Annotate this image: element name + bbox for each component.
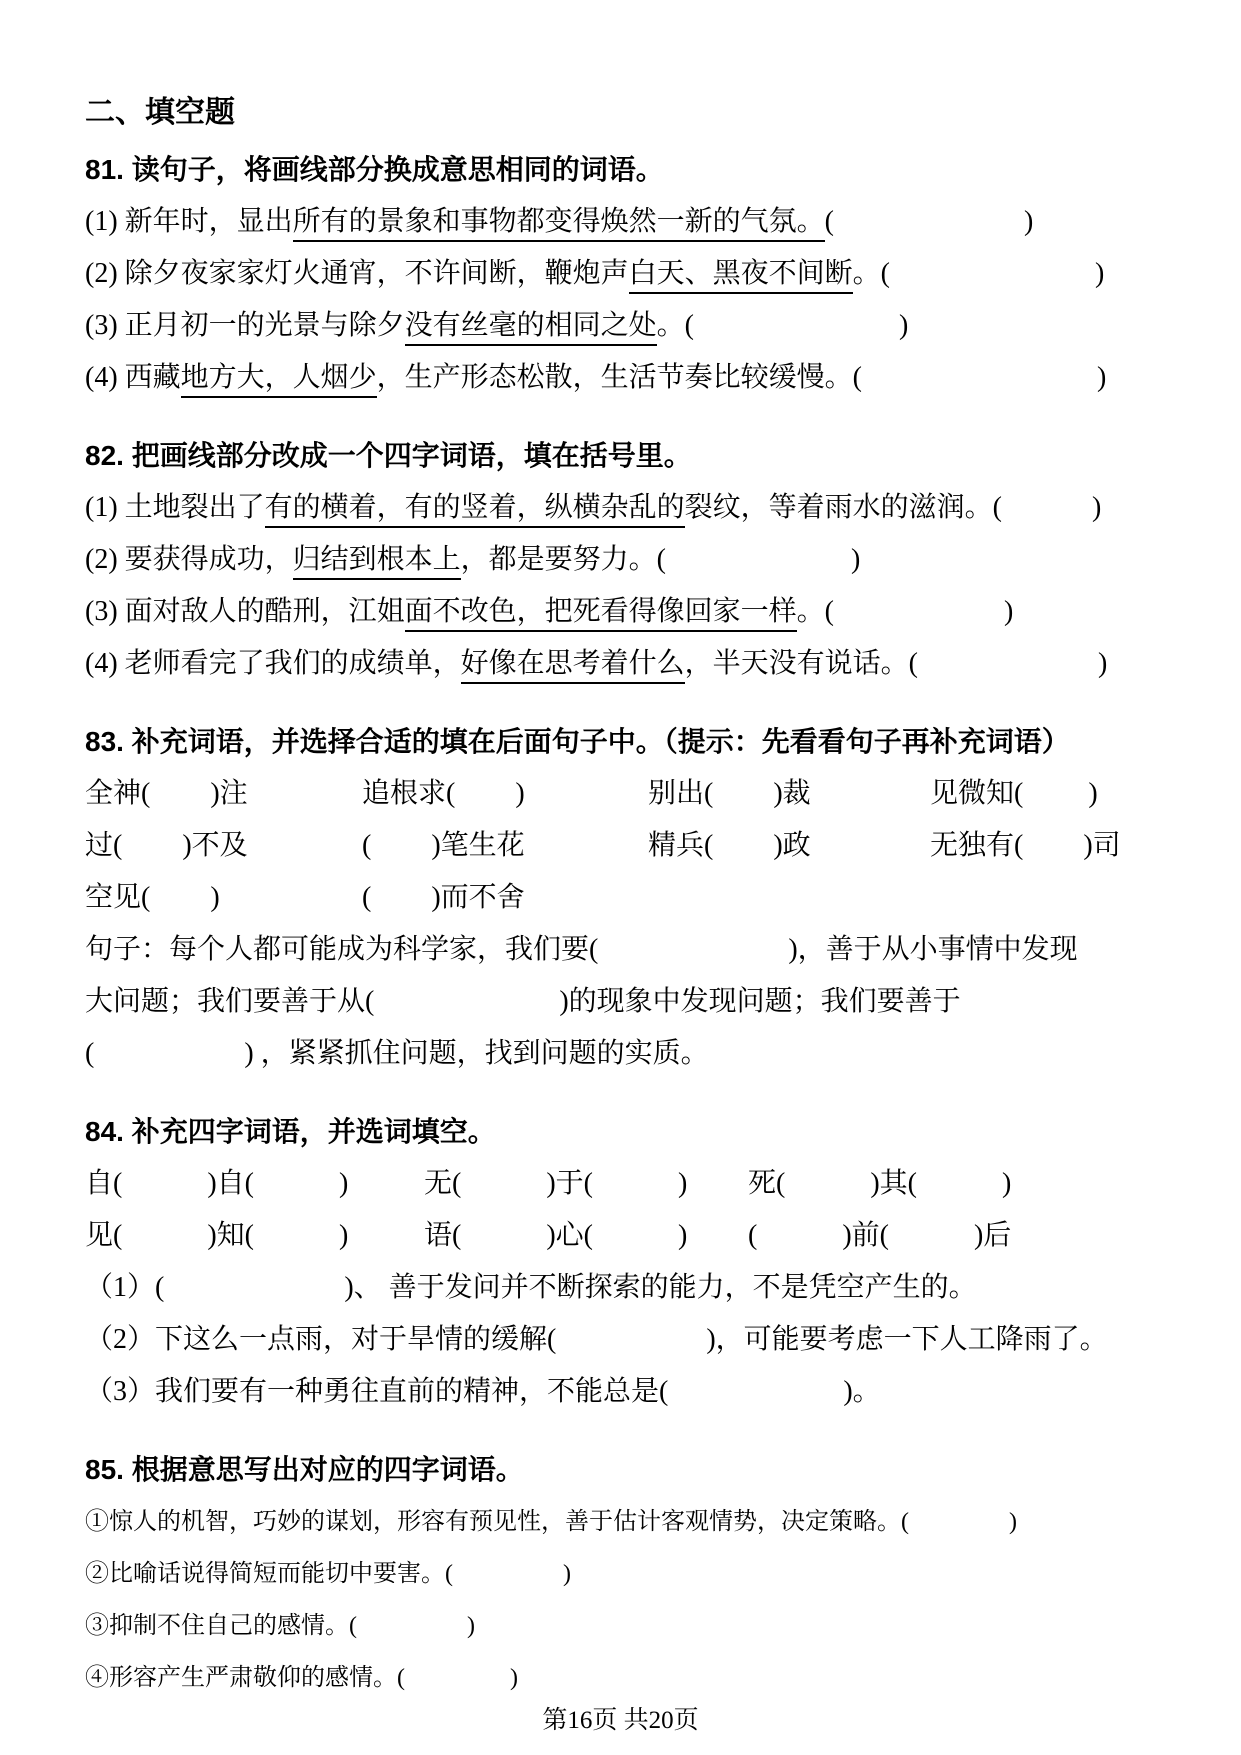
text-segment: 全神(: [85, 778, 150, 809]
text-segment: (: [825, 206, 834, 237]
text-segment: ④形容产生严肃敬仰的感情。(: [85, 1665, 405, 1691]
text-segment: 语(: [424, 1220, 461, 1251]
word-column: ()前()后: [748, 1210, 1011, 1262]
question-line: 过()不及()笔生花精兵()政无独有()司: [85, 820, 1165, 872]
section-title: 二、填空题: [85, 86, 1165, 140]
question-line: （2）下这么一点雨，对于旱情的缓解()，可能要考虑一下人工降雨了。: [85, 1314, 1165, 1366]
text-segment: )其(: [870, 1168, 917, 1199]
question-line: 全神()注追根求()别出()裁见微知(): [85, 768, 1165, 820]
text-segment: )，可能要考虑一下人工降雨了。: [706, 1324, 1107, 1355]
text-segment: )自(: [207, 1168, 254, 1199]
question-line: 句子：每个人都可能成为科学家，我们要()，善于从小事情中发现: [85, 924, 1165, 976]
question-line: （3）我们要有一种勇往直前的精神，不能总是()。: [85, 1366, 1165, 1418]
text-segment: ): [1009, 1509, 1017, 1535]
answer-blank: [694, 332, 899, 334]
answer-blank: [834, 228, 1024, 230]
underlined-text: 白天、黑夜不间断: [629, 258, 853, 294]
answer-blank: [122, 852, 182, 854]
answer-blank: [150, 800, 210, 802]
word-column: 无()于(): [424, 1158, 687, 1210]
answer-blank: [556, 1346, 706, 1348]
text-segment: (2) 要获得成功，: [85, 544, 293, 575]
question-line: (4) 西藏地方大，人烟少，生产形态松散，生活节奏比较缓慢。(): [85, 352, 1165, 404]
text-segment: 过(: [85, 830, 122, 861]
answer-blank: [918, 670, 1098, 672]
answer-blank: [461, 1190, 546, 1192]
text-segment: )不及: [182, 830, 247, 861]
word-column: 别出()裁: [648, 768, 811, 820]
answer-blank: [834, 618, 1004, 620]
text-segment: ): [1024, 206, 1033, 237]
answer-blank: [371, 904, 431, 906]
text-segment: ③抑制不住自己的感情。(: [85, 1613, 357, 1639]
text-segment: 精兵(: [648, 830, 713, 861]
text-segment: ①惊人的机智，巧妙的谋划，形容有预见性，善于估计客观情势，决定策略。(: [85, 1509, 909, 1535]
question-line: 空见()()而不舍: [85, 872, 1165, 924]
underlined-text: 所有的景象和事物都变得焕然一新的气氛。: [293, 206, 825, 242]
text-segment: 裂纹，等着雨水的滋润。(: [685, 492, 1002, 523]
answer-blank: [371, 852, 431, 854]
text-segment: )的现象中发现问题；我们要善于: [559, 986, 960, 1017]
text-segment: )笔生花: [431, 830, 524, 861]
text-segment: (: [362, 830, 371, 861]
answer-blank: [598, 956, 788, 958]
text-segment: )裁: [773, 778, 810, 809]
question-line: 自()自()无()于()死()其(): [85, 1158, 1165, 1210]
text-segment: 句子：每个人都可能成为科学家，我们要(: [85, 934, 598, 965]
page-footer: 第16页 共20页: [0, 1700, 1241, 1736]
text-segment: 无(: [424, 1168, 461, 1199]
answer-blank: [254, 1242, 339, 1244]
question-block: 81. 读句子，将画线部分换成意思相同的词语。(1) 新年时，显出所有的景象和事…: [85, 144, 1165, 404]
answer-blank: [455, 800, 515, 802]
answer-blank: [668, 1398, 843, 1400]
underlined-text: 地方大，人烟少: [181, 362, 377, 398]
text-segment: 空见(: [85, 882, 150, 913]
word-column: 过()不及: [85, 820, 248, 872]
text-segment: (1) 土地裂出了: [85, 492, 265, 523]
text-segment: 自(: [85, 1168, 122, 1199]
answer-blank: [713, 852, 773, 854]
question-line: (1) 新年时，显出所有的景象和事物都变得焕然一新的气氛。(): [85, 196, 1165, 248]
answer-blank: [666, 566, 851, 568]
question-header: 81. 读句子，将画线部分换成意思相同的词语。: [85, 144, 1165, 196]
answer-blank: [862, 384, 1097, 386]
text-segment: (3) 面对敌人的酷刑，江姐: [85, 596, 405, 627]
text-segment: 无独有(: [930, 830, 1023, 861]
answer-blank: [94, 1060, 244, 1062]
question-line: (3) 面对敌人的酷刑，江姐面不改色，把死看得像回家一样。(): [85, 586, 1165, 638]
answer-blank: [593, 1190, 678, 1192]
text-segment: （3）我们要有一种勇往直前的精神，不能总是(: [85, 1376, 668, 1407]
underlined-text: 没有丝毫的相同之处: [405, 310, 657, 346]
underlined-text: 好像在思考着什么: [461, 648, 685, 684]
answer-blank: [1002, 514, 1092, 516]
question-block: 85. 根据意思写出对应的四字词语。①惊人的机智，巧妙的谋划，形容有预见性，善于…: [85, 1444, 1165, 1704]
question-line: (1) 土地裂出了有的横着，有的竖着，纵横杂乱的裂纹，等着雨水的滋润。(): [85, 482, 1165, 534]
text-segment: （1）(: [85, 1272, 164, 1303]
answer-blank: [713, 800, 773, 802]
text-segment: 别出(: [648, 778, 713, 809]
question-header: 83. 补充词语，并选择合适的填在后面句子中。（提示：先看看句子再补充词语）: [85, 716, 1165, 768]
text-segment: ): [1098, 648, 1107, 679]
text-segment: (: [748, 1220, 757, 1251]
question-line: ①惊人的机智，巧妙的谋划，形容有预见性，善于估计客观情势，决定策略。(): [85, 1496, 1165, 1548]
text-segment: ): [339, 1168, 348, 1199]
text-segment: )、 善于发问并不断探索的能力，不是凭空产生的。: [344, 1272, 976, 1303]
answer-blank: [757, 1242, 842, 1244]
text-segment: )于(: [546, 1168, 593, 1199]
word-column: 精兵()政: [648, 820, 811, 872]
question-block: 82. 把画线部分改成一个四字词语，填在括号里。(1) 土地裂出了有的横着，有的…: [85, 430, 1165, 690]
text-segment: ): [1088, 778, 1097, 809]
text-segment: ): [563, 1561, 571, 1587]
text-segment: (4) 老师看完了我们的成绩单，: [85, 648, 461, 679]
question-line: ②比喻话说得简短而能切中要害。(): [85, 1548, 1165, 1600]
word-column: 死()其(): [748, 1158, 1011, 1210]
document-body: 二、填空题 81. 读句子，将画线部分换成意思相同的词语。(1) 新年时，显出所…: [85, 86, 1165, 1704]
text-segment: (: [362, 882, 371, 913]
question-line: (2) 要获得成功，归结到根本上，都是要努力。(): [85, 534, 1165, 586]
text-segment: ): [339, 1220, 348, 1251]
text-segment: ): [515, 778, 524, 809]
text-segment: 大问题；我们要善于从(: [85, 986, 374, 1017]
word-column: 无独有()司: [930, 820, 1121, 872]
question-line: (3) 正月初一的光景与除夕没有丝毫的相同之处。(): [85, 300, 1165, 352]
text-segment: (2) 除夕夜家家灯火通宵，不许间断，鞭炮声: [85, 258, 629, 289]
text-segment: ): [1097, 362, 1106, 393]
text-segment: ): [851, 544, 860, 575]
text-segment: （2）下这么一点雨，对于旱情的缓解(: [85, 1324, 556, 1355]
text-segment: )司: [1083, 830, 1120, 861]
text-segment: 。(: [657, 310, 694, 341]
word-column: 自()自(): [85, 1158, 348, 1210]
underlined-text: 归结到根本上: [293, 544, 461, 580]
answer-blank: [164, 1294, 344, 1296]
underlined-text: 有的横着，有的竖着，纵横杂乱的: [265, 492, 685, 528]
text-segment: ): [1092, 492, 1101, 523]
text-segment: ): [510, 1665, 518, 1691]
question-line: ③抑制不住自己的感情。(): [85, 1600, 1165, 1652]
text-segment: ，都是要努力。(: [461, 544, 666, 575]
question-line: ④形容产生严肃敬仰的感情。(): [85, 1652, 1165, 1704]
text-segment: )心(: [546, 1220, 593, 1251]
answer-blank: [405, 1683, 510, 1685]
text-segment: 追根求(: [362, 778, 455, 809]
word-column: 空见(): [85, 872, 220, 924]
word-column: 语()心(): [424, 1210, 687, 1262]
text-segment: (1) 新年时，显出: [85, 206, 293, 237]
word-column: ()而不舍: [362, 872, 525, 924]
answer-blank: [150, 904, 210, 906]
text-segment: (4) 西藏: [85, 362, 181, 393]
answer-blank: [593, 1242, 678, 1244]
text-segment: ，半天没有说话。(: [685, 648, 918, 679]
text-segment: 。(: [853, 258, 890, 289]
word-column: 追根求(): [362, 768, 525, 820]
text-segment: ): [467, 1613, 475, 1639]
question-header: 82. 把画线部分改成一个四字词语，填在括号里。: [85, 430, 1165, 482]
text-segment: )政: [773, 830, 810, 861]
question-header: 85. 根据意思写出对应的四字词语。: [85, 1444, 1165, 1496]
text-segment: )后: [974, 1220, 1011, 1251]
text-segment: ，生产形态松散，生活节奏比较缓慢。(: [377, 362, 862, 393]
text-segment: ) ，紧紧抓住问题，找到问题的实质。: [244, 1038, 708, 1069]
text-segment: ): [1095, 258, 1104, 289]
answer-blank: [122, 1190, 207, 1192]
answer-blank: [889, 1242, 974, 1244]
text-segment: )前(: [842, 1220, 889, 1251]
answer-blank: [890, 280, 1095, 282]
answer-blank: [917, 1190, 1002, 1192]
text-segment: ): [899, 310, 908, 341]
text-segment: ②比喻话说得简短而能切中要害。(: [85, 1561, 453, 1587]
word-column: 见微知(): [930, 768, 1098, 820]
answer-blank: [357, 1631, 467, 1633]
underlined-text: 面不改色，把死看得像回家一样: [405, 596, 797, 632]
question-line: (2) 除夕夜家家灯火通宵，不许间断，鞭炮声白天、黑夜不间断。(): [85, 248, 1165, 300]
text-segment: ): [1002, 1168, 1011, 1199]
text-segment: 死(: [748, 1168, 785, 1199]
answer-blank: [122, 1242, 207, 1244]
text-segment: )。: [843, 1376, 880, 1407]
text-segment: 。(: [797, 596, 834, 627]
text-segment: (3) 正月初一的光景与除夕: [85, 310, 405, 341]
question-line: 大问题；我们要善于从()的现象中发现问题；我们要善于: [85, 976, 1165, 1028]
text-segment: 见微知(: [930, 778, 1023, 809]
text-segment: )而不舍: [431, 882, 524, 913]
answer-blank: [453, 1579, 563, 1581]
answer-blank: [785, 1190, 870, 1192]
text-segment: )，善于从小事情中发现: [788, 934, 1077, 965]
question-block: 84. 补充四字词语，并选词填空。自()自()无()于()死()其()见()知(…: [85, 1106, 1165, 1418]
text-segment: 见(: [85, 1220, 122, 1251]
answer-blank: [461, 1242, 546, 1244]
question-line: （1）()、 善于发问并不断探索的能力，不是凭空产生的。: [85, 1262, 1165, 1314]
text-segment: ): [210, 882, 219, 913]
text-segment: )知(: [207, 1220, 254, 1251]
question-line: () ，紧紧抓住问题，找到问题的实质。: [85, 1028, 1165, 1080]
word-column: 全神()注: [85, 768, 248, 820]
text-segment: ): [678, 1220, 687, 1251]
answer-blank: [1023, 852, 1083, 854]
question-line: (4) 老师看完了我们的成绩单，好像在思考着什么，半天没有说话。(): [85, 638, 1165, 690]
text-segment: ): [678, 1168, 687, 1199]
answer-blank: [909, 1527, 1009, 1529]
question-header: 84. 补充四字词语，并选词填空。: [85, 1106, 1165, 1158]
word-column: ()笔生花: [362, 820, 525, 872]
question-line: 见()知()语()心()()前()后: [85, 1210, 1165, 1262]
text-segment: (: [85, 1038, 94, 1069]
answer-blank: [254, 1190, 339, 1192]
answer-blank: [374, 1008, 559, 1010]
text-segment: )注: [210, 778, 247, 809]
questions-container: 81. 读句子，将画线部分换成意思相同的词语。(1) 新年时，显出所有的景象和事…: [85, 144, 1165, 1704]
answer-blank: [1023, 800, 1088, 802]
question-block: 83. 补充词语，并选择合适的填在后面句子中。（提示：先看看句子再补充词语）全神…: [85, 716, 1165, 1080]
text-segment: ): [1004, 596, 1013, 627]
word-column: 见()知(): [85, 1210, 348, 1262]
